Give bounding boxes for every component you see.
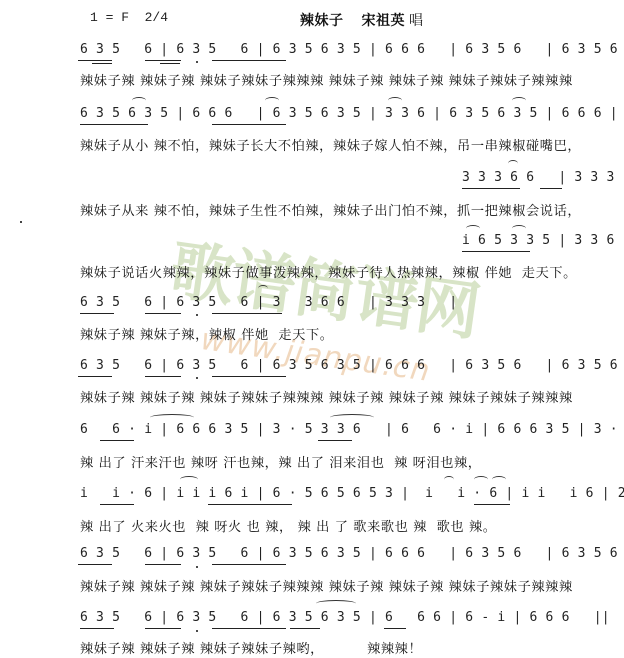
underline bbox=[212, 60, 286, 61]
underline bbox=[462, 188, 520, 189]
underline bbox=[100, 440, 134, 441]
slur bbox=[330, 414, 374, 421]
slur bbox=[492, 476, 506, 483]
key-and-time-signature: 1 = F 2/4 bbox=[90, 10, 168, 25]
slur bbox=[150, 414, 194, 421]
notation-line-1: 6 3 5 6 | 6 3 5 6 | 6 3 5 6 3 5 | 6 6 6 … bbox=[80, 42, 624, 57]
song-header: 辣妹子宋祖英唱 bbox=[300, 10, 424, 30]
underline bbox=[78, 564, 112, 565]
low-octave-dot bbox=[196, 314, 198, 316]
underline bbox=[145, 564, 181, 565]
underline bbox=[474, 504, 510, 505]
low-octave-dot bbox=[196, 61, 198, 63]
underline bbox=[208, 504, 292, 505]
lyrics-line-3: 辣妹子从来 辣不怕，辣妹子生性不怕辣，辣妹子出门怕不辣，抓一把辣椒会说话， bbox=[80, 200, 581, 219]
sing-label: 唱 bbox=[409, 13, 424, 29]
underline bbox=[145, 628, 181, 629]
lyrics-line-9: 辣妹子辣 辣妹子辣 辣妹子辣妹子辣辣辣 辣妹子辣 辣妹子辣 辣妹子辣妹子辣辣辣 bbox=[80, 576, 573, 595]
underline bbox=[80, 628, 114, 629]
notation-line-5: 6 3 5 6 | 6 3 5 6 | 3 3 6 6 | 3 3 3 | bbox=[80, 295, 457, 310]
slur bbox=[180, 476, 198, 483]
underline bbox=[212, 124, 286, 125]
sheet-music-page: 1 = F 2/4 辣妹子宋祖英唱 歌谱简谱网 www.jianpu.cn 6 … bbox=[0, 0, 624, 658]
underline bbox=[80, 313, 114, 314]
notation-line-3: 3 3 3 6 6 | 3 3 3 | bbox=[462, 170, 624, 185]
scan-artifact bbox=[20, 221, 22, 223]
lyrics-line-7: 辣 出了 汗来汗也 辣呀 汗也辣，辣 出了 泪来泪也 辣 呀泪也辣， bbox=[80, 452, 482, 471]
underline bbox=[78, 376, 112, 377]
underline bbox=[145, 376, 181, 377]
lyrics-line-2: 辣妹子从小 辣不怕，辣妹子长大不怕辣，辣妹子嫁人怕不辣，吊一串辣椒碰嘴巴， bbox=[80, 135, 581, 154]
notation-line-8: i i · 6 | i i i 6 i | 6 · 5 6 5 6 5 3 | … bbox=[80, 486, 624, 501]
underline bbox=[212, 313, 282, 314]
underline bbox=[92, 63, 112, 64]
lyrics-line-6: 辣妹子辣 辣妹子辣 辣妹子辣妹子辣辣辣 辣妹子辣 辣妹子辣 辣妹子辣妹子辣辣辣 bbox=[80, 387, 573, 406]
slur bbox=[508, 160, 518, 167]
low-octave-dot bbox=[196, 377, 198, 379]
underline bbox=[212, 628, 286, 629]
slur bbox=[388, 97, 402, 104]
slur bbox=[512, 97, 526, 104]
notation-line-10: 6 3 5 6 | 6 3 5 6 | 6 3 5 6 3 5 | 6 6 6 … bbox=[80, 610, 610, 625]
notation-line-4: i 6 5 3 3 5 | 3 3 6 | bbox=[462, 233, 624, 248]
slur bbox=[466, 225, 480, 232]
underline bbox=[100, 504, 134, 505]
notation-line-2: 6 3 5 6 3 5 | 6 6 6 | 6 3 5 6 3 5 | 3 3 … bbox=[80, 106, 624, 121]
underline bbox=[290, 628, 320, 629]
underline bbox=[145, 60, 181, 61]
underline bbox=[212, 376, 286, 377]
notation-line-6: 6 3 5 6 | 6 3 5 6 | 6 3 5 6 3 5 | 6 6 6 … bbox=[80, 358, 624, 373]
slur bbox=[132, 97, 146, 104]
slur bbox=[474, 476, 488, 483]
low-octave-dot bbox=[196, 566, 198, 568]
slur bbox=[444, 476, 454, 483]
underline bbox=[212, 564, 286, 565]
singer-name: 宋祖英 bbox=[362, 13, 406, 29]
slur bbox=[265, 97, 279, 104]
underline bbox=[160, 63, 180, 64]
slur bbox=[316, 600, 356, 607]
lyrics-line-10: 辣妹子辣 辣妹子辣 辣妹子辣妹子辣哟， 辣辣辣！ bbox=[80, 638, 422, 657]
notation-line-9: 6 3 5 6 | 6 3 5 6 | 6 3 5 6 3 5 | 6 6 6 … bbox=[80, 546, 624, 561]
underline bbox=[318, 440, 352, 441]
lyrics-line-8: 辣 出了 火来火也 辣 呀火 也 辣， 辣 出 了 歌来歌也 辣 歌也 辣。 bbox=[80, 516, 497, 535]
notation-line-7: 6 6 · i | 6 6 6 3 5 | 3 · 5 3 3 6 | 6 6 … bbox=[80, 422, 624, 437]
underline bbox=[540, 188, 562, 189]
slur bbox=[512, 225, 526, 232]
underline bbox=[462, 251, 530, 252]
lyrics-line-1: 辣妹子辣 辣妹子辣 辣妹子辣妹子辣辣辣 辣妹子辣 辣妹子辣 辣妹子辣妹子辣辣辣 bbox=[80, 70, 573, 89]
underline bbox=[145, 313, 181, 314]
slur bbox=[258, 285, 268, 292]
underline bbox=[384, 628, 406, 629]
low-octave-dot bbox=[196, 630, 198, 632]
key-signature: 1 = F bbox=[90, 10, 129, 25]
lyrics-line-5: 辣妹子辣 辣妹子辣，辣椒 伴她 走天下。 bbox=[80, 324, 334, 343]
song-title: 辣妹子 bbox=[300, 13, 344, 29]
underline bbox=[80, 124, 148, 125]
underline bbox=[78, 60, 112, 61]
time-signature: 2/4 bbox=[145, 10, 168, 25]
lyrics-line-4: 辣妹子说话火辣辣，辣妹子做事泼辣辣，辣妹子待人热辣辣，辣椒 伴她 走天下。 bbox=[80, 262, 577, 281]
